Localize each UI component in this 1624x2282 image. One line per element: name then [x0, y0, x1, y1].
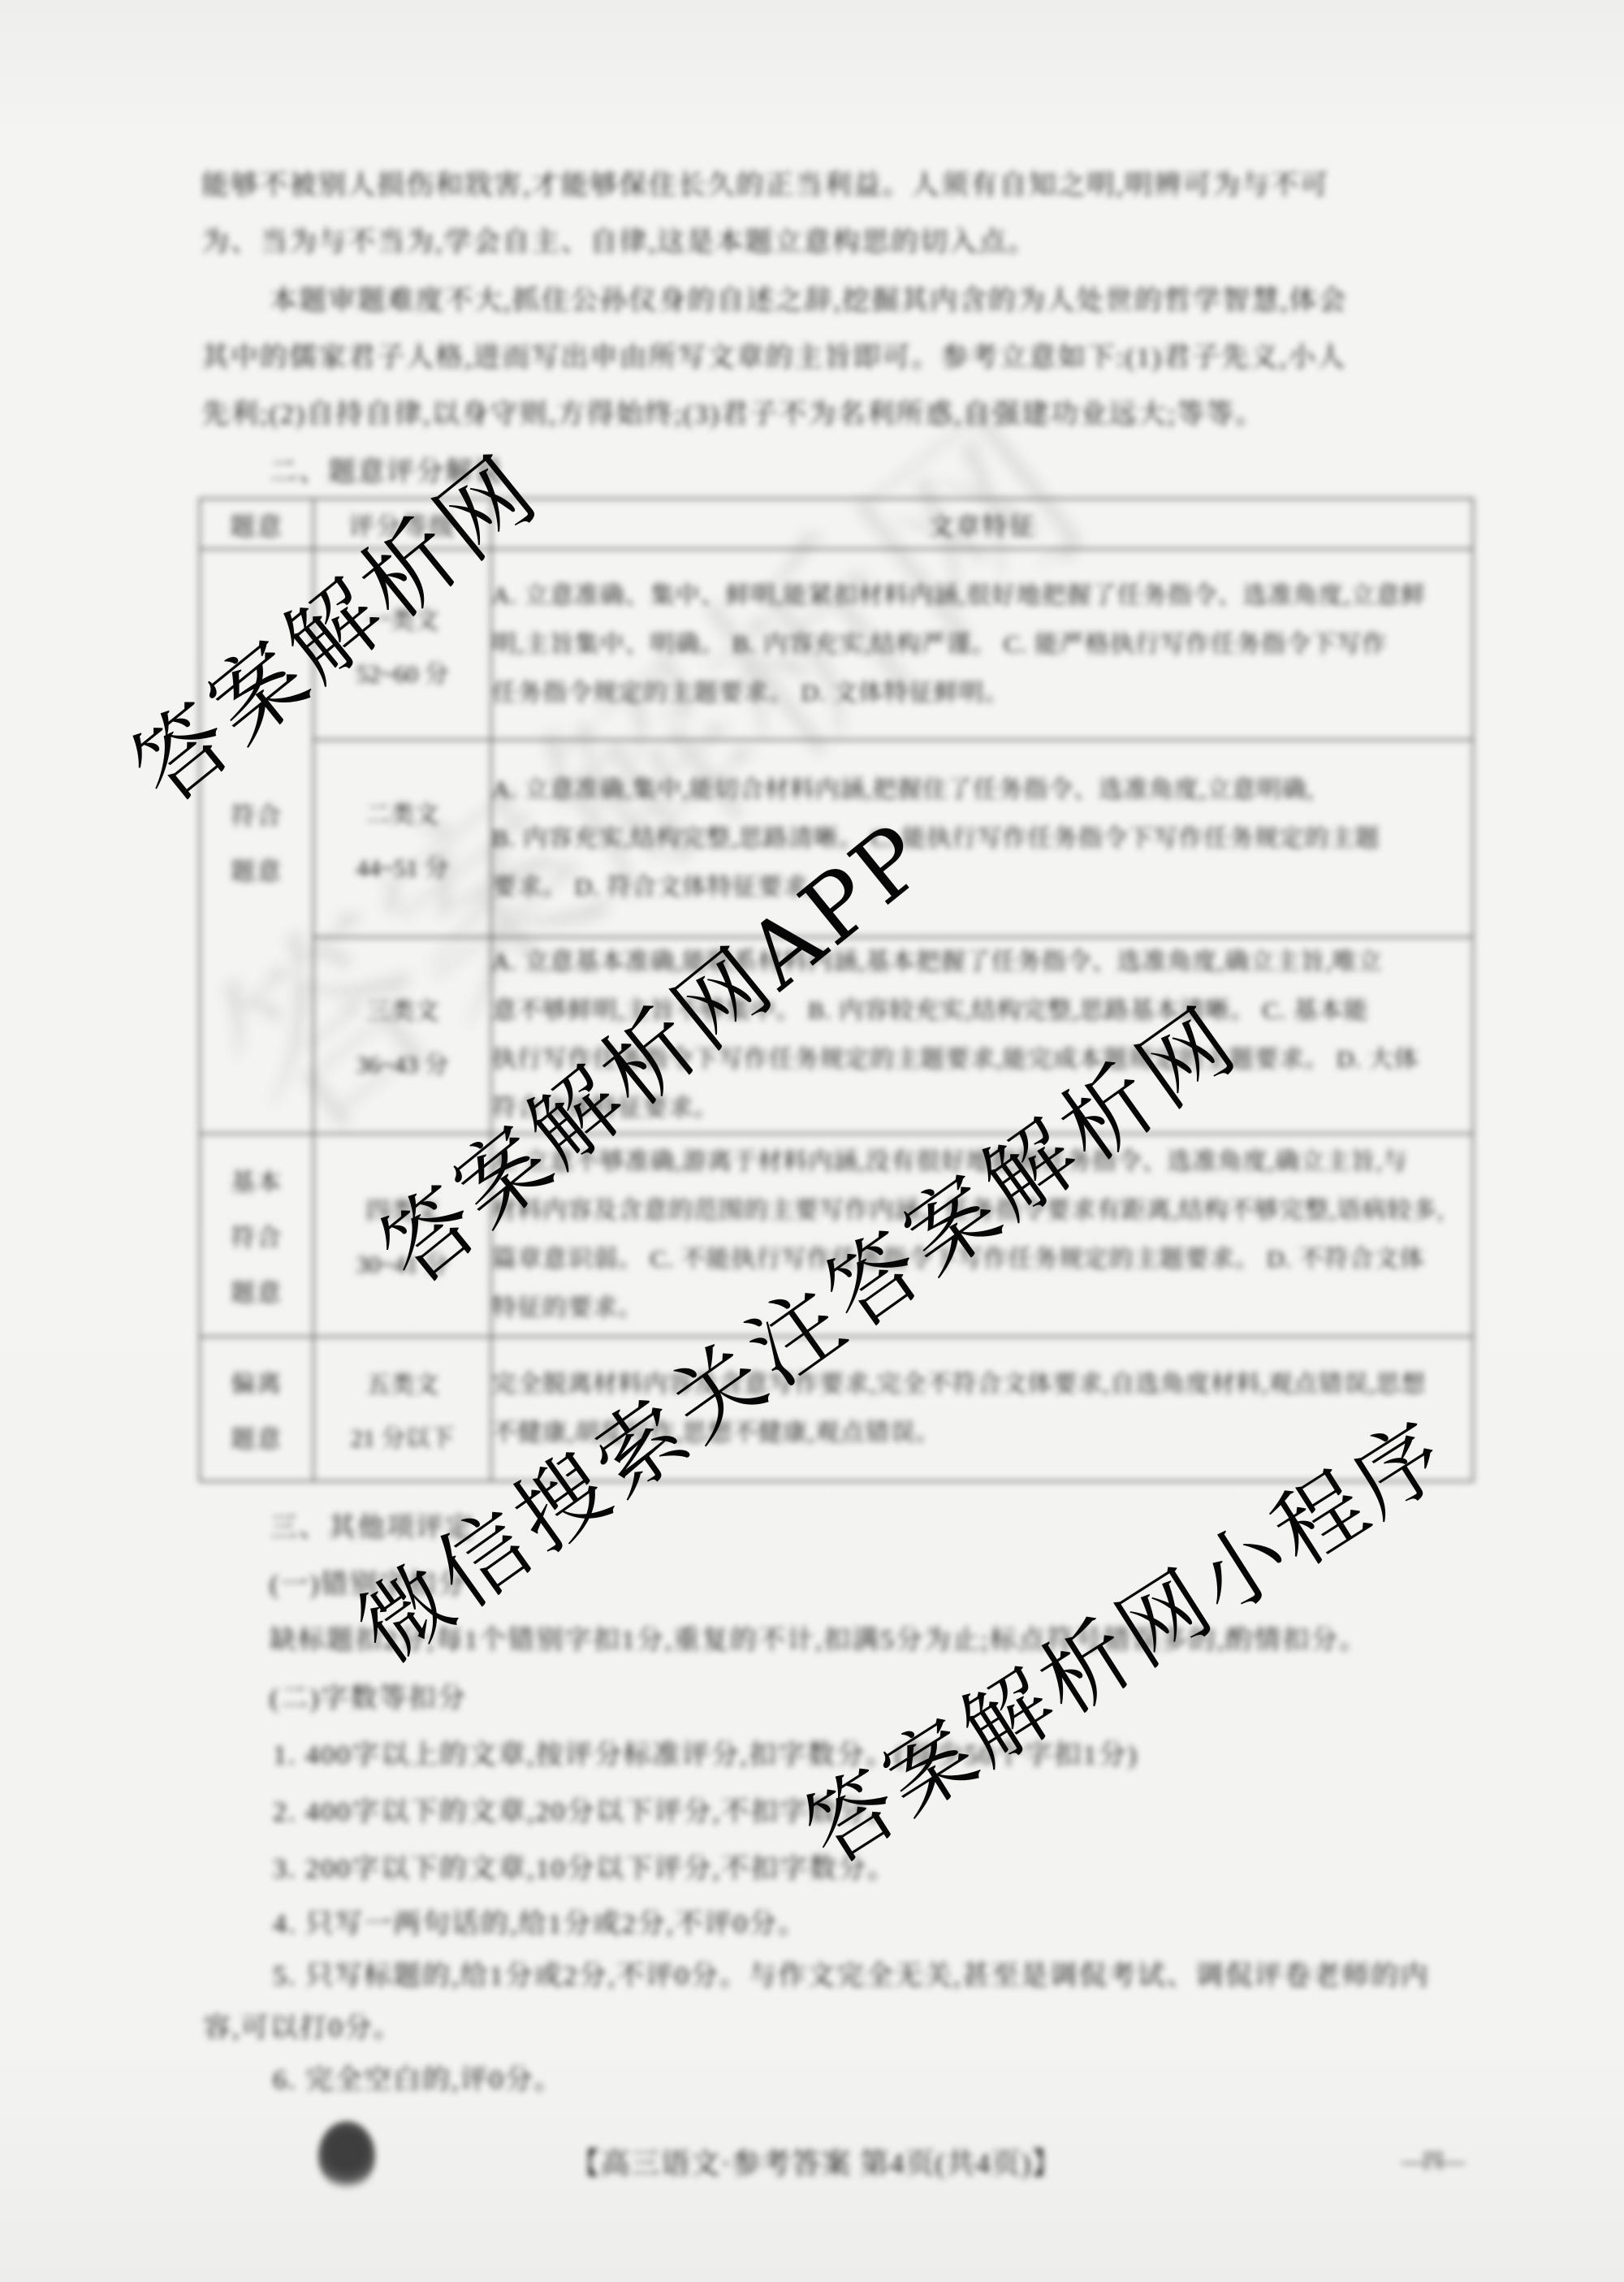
- topic-group-line: 基本: [231, 1162, 283, 1198]
- topic-group-line: 符合: [231, 796, 283, 832]
- feature-cell-1: A. 立意准确、集中、鲜明,能紧扣材料内涵,很好地把握了任务指令、选准角度,立意…: [491, 549, 1473, 740]
- topic-group-line: 题意: [231, 851, 283, 887]
- grade-cell-3: 三类文 36~43 分: [313, 937, 491, 1134]
- intro-line-1: 能够不被别人损伤和戕害,才能够保住长久的正当利益。人须有自知之明,明辨可为与不可: [201, 162, 1329, 202]
- section3-item-4: 4. 只写一两句话的,给1分或2分,不评0分。: [273, 1901, 807, 1941]
- document-layer: 能够不被别人损伤和戕害,才能够保住长久的正当利益。人须有自知之明,明辨可为与不可…: [0, 0, 1624, 2282]
- grade-cell-2: 二类文 44~51 分: [313, 740, 491, 937]
- table-header-topic: 题意: [200, 499, 313, 549]
- feature-line: 明,主旨集中、明确。 B. 内容充实,结构严谨。 C. 能严格执行写作任务指令下…: [492, 620, 1472, 669]
- grade-label: 二类文: [366, 794, 439, 830]
- intro-line-3: 本题审题难度不大,抓住公孙仪身的自述之辞,挖掘其内含的为人处世的哲学智慧,体会: [270, 278, 1348, 318]
- section3-sub2: (二)字数等扣分: [270, 1675, 467, 1715]
- feature-line: A. 立意准确,集中,能切合材料内涵,把握住了任务指令、选准角度,立意明确,: [492, 766, 1472, 815]
- grade-label: 三类文: [366, 991, 439, 1026]
- topic-group-line: 偏离: [231, 1364, 283, 1399]
- grade-cell-5: 五类文 21 分以下: [313, 1337, 491, 1481]
- table-header-features: 文章特征: [491, 499, 1473, 549]
- feature-line: 任务指令规定的主题要求。 D. 文体特征鲜明。: [492, 669, 1472, 718]
- scanned-answer-page: 答案解析网 能够不被别人损伤和戕害,才能够保住长久的正当利益。人须有自知之明,明…: [0, 0, 1624, 2282]
- feature-line: B. 内容充实,结构完整,思路清晰。 C. 能执行写作任务指令下写作任务规定的主…: [492, 815, 1472, 863]
- intro-line-5: 先利;(2)自持自律,以身守则,方得始终;(3)君子不为名利所惑,自强建功业远大…: [201, 391, 1264, 431]
- section3-item-3: 3. 200字以下的文章,10分以下评分,不扣字数分。: [273, 1846, 896, 1886]
- feature-line: A. 立意准确、集中、鲜明,能紧扣材料内涵,很好地把握了任务指令、选准角度,立意…: [492, 572, 1472, 620]
- section3-item-5-cont: 容,可以打0分。: [203, 2005, 403, 2045]
- topic-group-line: 题意: [231, 1273, 283, 1308]
- intro-line-2: 为、当为与不当为,学会自主、自律,这是本题立意构思的切入点。: [201, 219, 1037, 259]
- grade-range: 44~51 分: [356, 848, 449, 884]
- topic-group-basic: 基本 符合 题意: [200, 1134, 313, 1337]
- footer-page-number: —四—: [1402, 2145, 1465, 2175]
- topic-group-offtopic: 偏离 题意: [200, 1337, 313, 1481]
- intro-line-4: 其中的儒家君子人格,进而写出申由所写文章的主旨即可。参考立意如下:(1)君子先义…: [201, 335, 1346, 374]
- grade-range: 36~43 分: [356, 1044, 449, 1080]
- footer-caption: 【高三语文·参考答案 第4页(共4页)】: [571, 2141, 1062, 2182]
- grade-range: 21 分以下: [351, 1418, 455, 1454]
- topic-group-line: 题意: [231, 1419, 283, 1454]
- feature-cell-2: A. 立意准确,集中,能切合材料内涵,把握住了任务指令、选准角度,立意明确, B…: [491, 740, 1473, 937]
- publisher-stamp-icon: [318, 2121, 375, 2191]
- section3-item-5: 5. 只写标题的,给1分或2分,不评0分。与作文完全无关,甚至是调侃考试、调侃评…: [273, 1953, 1430, 1993]
- feature-line: 特征的要求。: [492, 1284, 1472, 1333]
- grade-label: 五类文: [366, 1364, 439, 1400]
- feature-line: 要求。 D. 符合文体特征要求。: [492, 863, 1472, 912]
- section3-item-6: 6. 完全空白的,评0分。: [273, 2057, 564, 2097]
- topic-group-line: 符合: [231, 1217, 283, 1253]
